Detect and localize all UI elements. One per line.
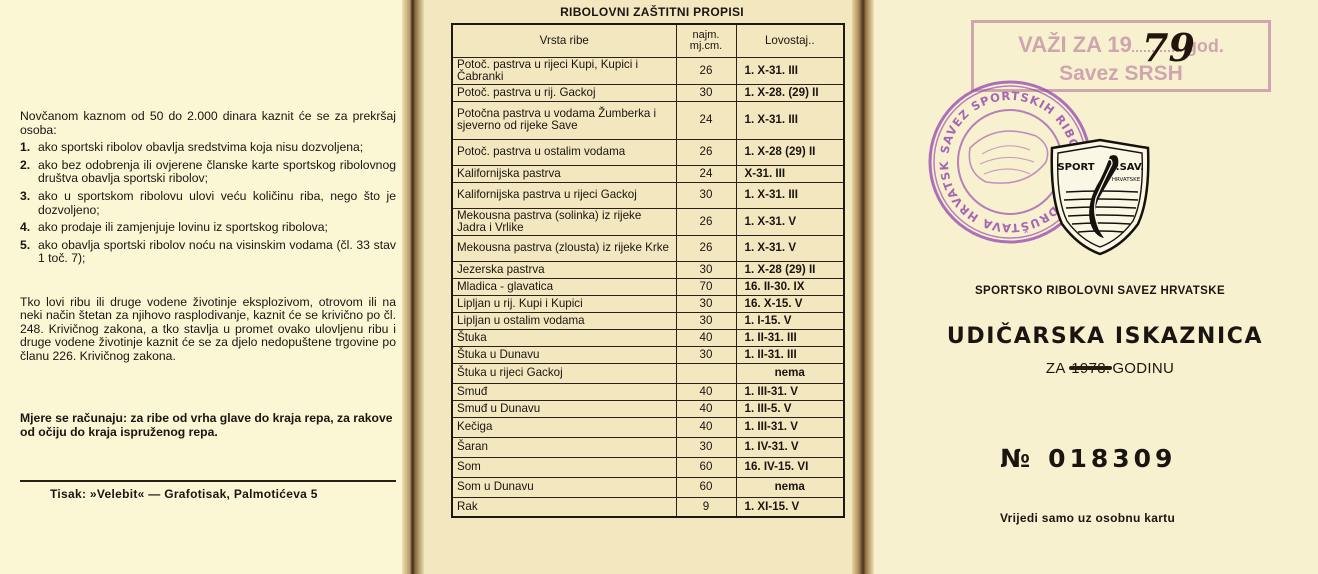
cell-species: Lipljan u ostalim vodama [452, 312, 676, 329]
cell-season: 16. IV-15. VI [736, 457, 844, 477]
fold-crease-right [852, 0, 874, 574]
cell-size: 40 [676, 400, 736, 417]
cell-season: 1. X-31. III [736, 182, 844, 208]
header-species: Vrsta ribe [452, 24, 676, 57]
federation-emblem-icon: SPORT R.SAV. HRVATSKE [1046, 138, 1154, 256]
item-text: ako obavlja sportski ribolov noću na vis… [38, 239, 396, 266]
cell-season: 1. II-31. III [736, 346, 844, 363]
cell-season: 1. X-31. III [736, 101, 844, 139]
penalty-item: 2.ako bez odobrenja ili ovjerene članske… [20, 159, 396, 186]
cell-season: 16. X-15. V [736, 295, 844, 312]
table-row: Rak91. XI-15. V [452, 497, 844, 517]
cell-species: Štuka u rijeci Gackoj [452, 363, 676, 383]
cell-species: Štuka u Dunavu [452, 346, 676, 363]
cell-species: Som [452, 457, 676, 477]
cell-size: 24 [676, 165, 736, 182]
table-row: Lipljan u rij. Kupi i Kupici3016. X-15. … [452, 295, 844, 312]
header-closed-season: Lovostaj.. [736, 24, 844, 57]
cell-species: Mekousna pastrva (solinka) iz rijeke Jad… [452, 208, 676, 235]
penalty-section: Novčanom kaznom od 50 do 2.000 dinara ka… [20, 110, 396, 266]
year-suffix: GODINU [1112, 360, 1174, 377]
handwritten-year: 79 [1142, 25, 1195, 70]
cell-season: 1. IV-31. V [736, 437, 844, 457]
card-year-line: ZA 1978.GODINU [1020, 360, 1200, 377]
fold-crease-left [402, 0, 424, 574]
cell-species: Lipljan u rij. Kupi i Kupici [452, 295, 676, 312]
printer-imprint: Tisak: »Velebit« — Grafotisak, Palmotiće… [50, 487, 318, 501]
cell-size: 30 [676, 346, 736, 363]
struck-out-year: 1978. [1071, 360, 1110, 377]
cell-species: Smuđ [452, 383, 676, 400]
table-row: Štuka u rijeci Gackojnema [452, 363, 844, 383]
cell-species: Som u Dunavu [452, 477, 676, 497]
year-prefix: ZA [1046, 360, 1065, 377]
table-row: Kalifornijska pastrva u rijeci Gackoj301… [452, 182, 844, 208]
table-row: Štuka401. II-31. III [452, 329, 844, 346]
cell-size: 30 [676, 182, 736, 208]
cell-species: Potoč. pastrva u ostalim vodama [452, 139, 676, 165]
cell-species: Rak [452, 497, 676, 517]
item-text: ako bez odobrenja ili ovjerene članske k… [38, 159, 396, 186]
card-number: №018309 [1000, 444, 1176, 473]
svg-text:HRVATSKE: HRVATSKE [1112, 177, 1141, 183]
cell-size [676, 363, 736, 383]
item-number: 1. [20, 141, 38, 155]
svg-text:SPORT: SPORT [1057, 162, 1094, 173]
penalty-item: 3.ako u sportskom ribolovu ulovi veću ko… [20, 190, 396, 217]
cell-size: 40 [676, 383, 736, 400]
table-row: Mladica - glavatica7016. II-30. IX [452, 278, 844, 295]
table-title: RIBOLOVNI ZAŠTITNI PROPISI [452, 5, 852, 19]
cell-species: Kalifornijska pastrva [452, 165, 676, 182]
table-row: Som u Dunavu60nema [452, 477, 844, 497]
table-row: Potoč. pastrva u rijeci Kupi, Kupici i Č… [452, 57, 844, 84]
cell-species: Smuđ u Dunavu [452, 400, 676, 417]
table-row: Kalifornijska pastrva24X-31. III [452, 165, 844, 182]
cell-species: Jezerska pastrva [452, 261, 676, 278]
cell-size: 30 [676, 295, 736, 312]
regulations-table: Vrsta ribe najm.mj.cm. Lovostaj.. Potoč.… [451, 23, 845, 518]
cell-season: 1. X-31. V [736, 235, 844, 261]
cell-size: 40 [676, 329, 736, 346]
cell-season: 1. I-15. V [736, 312, 844, 329]
cell-size: 26 [676, 208, 736, 235]
penalty-item: 4.ako prodaje ili zamjenjuje lovinu iz s… [20, 221, 396, 235]
cell-season: 1. X-31. V [736, 208, 844, 235]
criminal-law-text: Tko lovi ribu ili druge vodene životinje… [20, 296, 396, 363]
cell-species: Šaran [452, 437, 676, 457]
item-text: ako u sportskom ribolovu ulovi veću koli… [38, 190, 396, 217]
cell-season: X-31. III [736, 165, 844, 182]
cell-species: Mekousna pastrva (zlousta) iz rijeke Krk… [452, 235, 676, 261]
item-number: 5. [20, 239, 38, 266]
cell-season: 1. III-31. V [736, 417, 844, 437]
cell-season: 1. XI-15. V [736, 497, 844, 517]
cell-species: Kečiga [452, 417, 676, 437]
item-number: 2. [20, 159, 38, 186]
cell-season: 1. II-31. III [736, 329, 844, 346]
cell-season: nema [736, 363, 844, 383]
table-row: Potočna pastrva u vodama Žumberka i sjev… [452, 101, 844, 139]
cell-season: 1. X-28. (29) II [736, 84, 844, 101]
penalty-item: 1.ako sportski ribolov obavlja sredstvim… [20, 141, 396, 155]
cell-size: 30 [676, 261, 736, 278]
table-row: Som6016. IV-15. VI [452, 457, 844, 477]
table-row: Jezerska pastrva301. X-28 (29) II [452, 261, 844, 278]
cell-species: Potoč. pastrva u rijeci Kupi, Kupici i Č… [452, 57, 676, 84]
table-row: Mekousna pastrva (zlousta) iz rijeke Krk… [452, 235, 844, 261]
table-row: Kečiga401. III-31. V [452, 417, 844, 437]
imprint-divider [20, 480, 396, 482]
cell-season: 16. II-30. IX [736, 278, 844, 295]
cell-size: 26 [676, 57, 736, 84]
item-number: 3. [20, 190, 38, 217]
cell-size: 30 [676, 437, 736, 457]
cell-size: 30 [676, 312, 736, 329]
cell-season: 1. III-5. V [736, 400, 844, 417]
cell-size: 24 [676, 101, 736, 139]
cell-species: Potoč. pastrva u rij. Gackoj [452, 84, 676, 101]
cell-species: Mladica - glavatica [452, 278, 676, 295]
cell-size: 60 [676, 477, 736, 497]
penalty-list: 1.ako sportski ribolov obavlja sredstvim… [20, 141, 396, 266]
cell-size: 60 [676, 457, 736, 477]
item-text: ako sportski ribolov obavlja sredstvima … [38, 141, 396, 155]
table-row: Smuđ401. III-31. V [452, 383, 844, 400]
cell-size: 70 [676, 278, 736, 295]
cell-species: Kalifornijska pastrva u rijeci Gackoj [452, 182, 676, 208]
penalty-item: 5.ako obavlja sportski ribolov noću na v… [20, 239, 396, 266]
header-min-size-line2: mj.cm. [690, 40, 722, 52]
cell-size: 26 [676, 235, 736, 261]
penalty-intro: Novčanom kaznom od 50 do 2.000 dinara ka… [20, 110, 396, 137]
stamp-valid-for: VAŽI ZA 19 [1018, 32, 1132, 57]
validity-note: Vrijedi samo uz osobnu kartu [1000, 511, 1175, 525]
cell-size: 30 [676, 84, 736, 101]
header-min-size: najm.mj.cm. [676, 24, 736, 57]
number-sign: № [1000, 444, 1030, 473]
table-row: Lipljan u ostalim vodama301. I-15. V [452, 312, 844, 329]
card-number-value: 018309 [1048, 444, 1176, 473]
cell-season: nema [736, 477, 844, 497]
item-number: 4. [20, 221, 38, 235]
cell-species: Štuka [452, 329, 676, 346]
item-text: ako prodaje ili zamjenjuje lovinu iz spo… [38, 221, 396, 235]
cell-season: 1. X-28 (29) II [736, 261, 844, 278]
table-row: Štuka u Dunavu301. II-31. III [452, 346, 844, 363]
cell-size: 26 [676, 139, 736, 165]
cell-size: 9 [676, 497, 736, 517]
cell-season: 1. X-31. III [736, 57, 844, 84]
organization-name: SPORTSKO RIBOLOVNI SAVEZ HRVATSKE [960, 285, 1240, 297]
table-row: Potoč. pastrva u rij. Gackoj301. X-28. (… [452, 84, 844, 101]
cell-size: 40 [676, 417, 736, 437]
card-title: UDIČARSKA ISKAZNICA [900, 324, 1310, 349]
table-row: Šaran301. IV-31. V [452, 437, 844, 457]
table-row: Smuđ u Dunavu401. III-5. V [452, 400, 844, 417]
cell-season: 1. X-28 (29) II [736, 139, 844, 165]
measurement-note: Mjere se računaju: za ribe od vrha glave… [20, 411, 396, 439]
table-row: Potoč. pastrva u ostalim vodama261. X-28… [452, 139, 844, 165]
table-header-row: Vrsta ribe najm.mj.cm. Lovostaj.. [452, 24, 844, 57]
cell-season: 1. III-31. V [736, 383, 844, 400]
cell-species: Potočna pastrva u vodama Žumberka i sjev… [452, 101, 676, 139]
table-row: Mekousna pastrva (solinka) iz rijeke Jad… [452, 208, 844, 235]
